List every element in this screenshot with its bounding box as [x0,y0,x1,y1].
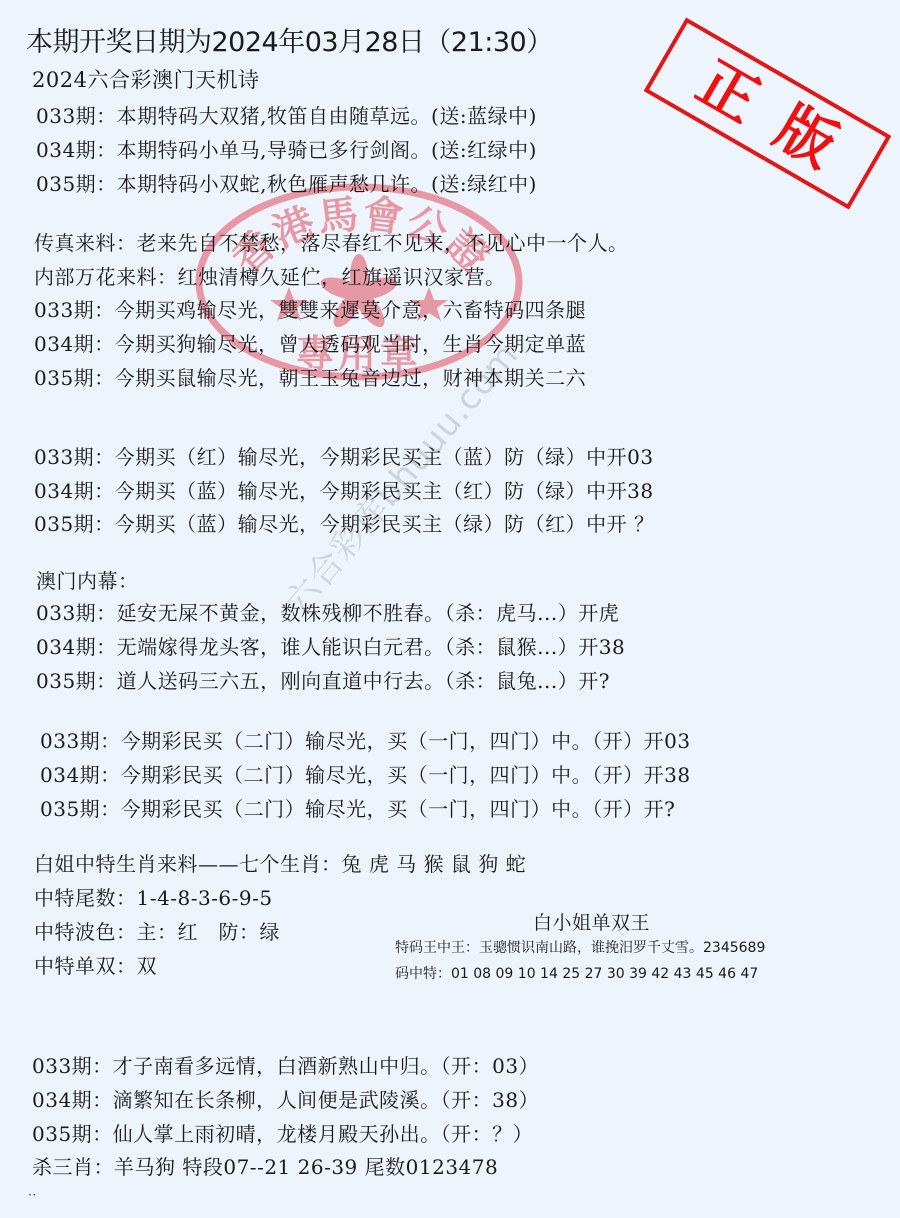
final-row: 033期：才子南看多远情，白酒新熟山中归。（开：03） [32,1054,539,1078]
color-row: 034期：今期买（蓝）输尽光，今期彩民买主（红）防（绿）中开38 [34,479,654,503]
macau-row: 035期：道人送码三六五，刚向直道中行去。（杀：鼠兔...）开? [36,669,610,693]
stamp-char-2: 版 [766,96,846,177]
macau-row: 033期：延安无屎不黄金，数株残柳不胜春。（杀：虎马...）开虎 [36,601,619,625]
zodiac-row: 中特单双：双 [34,954,157,978]
trailing-dots: ·· [28,1183,37,1207]
color-row: 033期：今期买（红）输尽光，今期彩民买主（蓝）防（绿）中开03 [34,445,654,469]
box-line-2: 码中特：01 08 09 10 14 25 27 30 39 42 43 45 … [395,965,758,983]
fax-row: 034期：今期买狗输尽光，曾人透码观当时，生肖今期定单蓝 [34,332,586,356]
final-row: 杀三肖：羊马狗 特段07--21 26-39 尾数0123478 [32,1155,498,1179]
zodiac-row: 中特波色：主：红 防：绿 [34,920,280,944]
box-title: 白小姐单双王 [533,911,650,935]
final-row: 035期：仙人掌上雨初晴，龙楼月殿天孙出。（开：？） [32,1122,533,1146]
zodiac-row: 中特尾数：1-4-8-3-6-9-5 [34,886,273,910]
door-row: 034期：今期彩民买（二门）输尽光，买（一门，四门）中。（开）开38 [40,763,691,787]
box-line-1: 特码王中王：玉骢惯识南山路，谁挽汨罗千丈雪。2345689 [395,939,765,957]
final-row: 034期：滴繁知在长条柳，人间便是武陵溪。（开：38） [32,1088,539,1112]
genuine-stamp: 正 版 [644,17,892,209]
fax-row: 内部万花来料：红烛清樽久延伫，红旗遥识汉家营。 [34,265,506,289]
zodiac-row: 白姐中特生肖来料——七个生肖：兔 虎 马 猴 鼠 狗 蛇 [34,852,526,876]
poem-row: 033期：本期特码大双猪,牧笛自由随草远。(送:蓝绿中) [36,104,537,128]
macau-row: 034期：无端嫁得龙头客，谁人能识白元君。（杀：鼠猴...）开38 [36,635,625,659]
macau-heading: 澳门内幕： [36,569,139,593]
stamp-char-1: 正 [688,51,768,132]
door-row: 033期：今期彩民买（二门）输尽光，买（一门，四门）中。（开）开03 [40,729,691,753]
fax-row: 传真来料：老来先自不禁愁，落尽春红不见来，不见心中一个人。 [34,231,629,255]
poem-row: 035期：本期特码小双蛇,秋色雁声愁几许。(送:绿红中) [36,172,537,196]
page-title: 本期开奖日期为2024年03月28日（21:30） [26,27,553,59]
poem-row: 034期：本期特码小单马,导骑已多行剑阁。(送:红绿中) [36,138,537,162]
color-row: 035期：今期买（蓝）输尽光，今期彩民买主（绿）防（红）中开 ？ [34,512,655,536]
fax-row: 035期：今期买鼠输尽光，朝王玉兔音边过，财神本期关二六 [34,366,586,390]
subtitle: 2024六合彩澳门天机诗 [32,68,259,92]
door-row: 035期：今期彩民买（二门）输尽光，买（一门，四门）中。（开）开? [40,797,675,821]
fax-row: 033期：今期买鸡输尽光，雙雙来遲莫介意，六畜特码四条腿 [34,298,586,322]
